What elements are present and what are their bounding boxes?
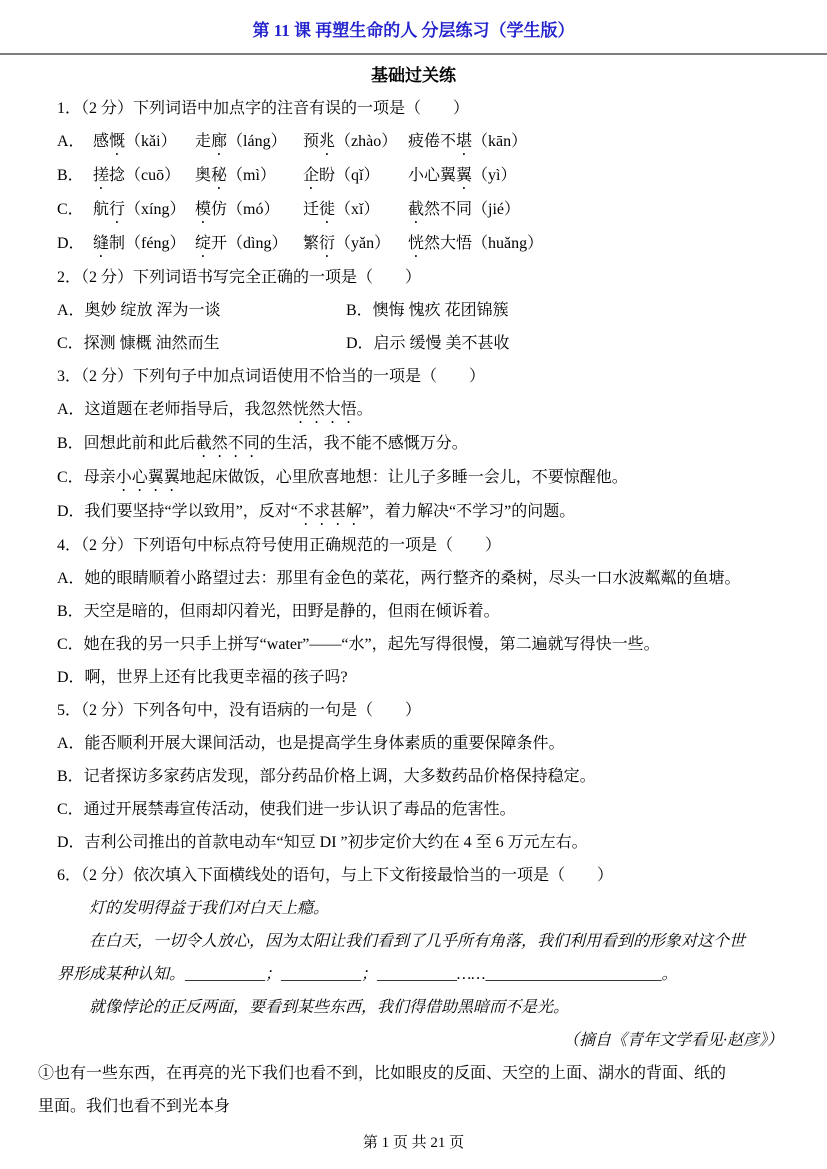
question-5-option-c: C．通过开展禁毒宣传活动，使我们进一步认识了毒品的危害性。	[57, 793, 783, 826]
word-group: 模仿（mó）	[195, 193, 303, 227]
word-group: 企盼（qǐ）	[303, 159, 408, 193]
page-footer: 第 1 页 共 21 页	[0, 1131, 827, 1155]
question-5-option-d: D．吉利公司推出的首款电动车“知豆 DI ”初步定价大约在 4 至 6 万元左右…	[57, 826, 783, 859]
question-2-option-a: A．奥妙 绽放 浑为一谈	[57, 294, 346, 327]
question-2-option-c: C．探测 慷概 油然而生	[57, 327, 346, 360]
question-2-options-row-1: A．奥妙 绽放 浑为一谈 B．懊悔 愧疚 花团锦簇	[57, 294, 783, 327]
word-group: 感慨（kǎi）	[93, 125, 195, 159]
word-group: 小心翼翼（yì）	[408, 159, 516, 193]
word-group: 奥秘（mì）	[195, 159, 303, 193]
horizontal-rule	[0, 53, 827, 55]
question-5-stem: 5．（2 分）下列各句中，没有语病的一句是（ ）	[57, 694, 783, 727]
word-group: 疲倦不堪（kān）	[408, 125, 527, 159]
word-group: 恍然大悟（huǎng）	[408, 227, 543, 261]
question-2: 2．（2 分）下列词语书写完全正确的一项是（ ） A．奥妙 绽放 浑为一谈 B．…	[57, 261, 783, 360]
document-body: 1．（2 分）下列词语中加点字的注音有误的一项是（ ） A．感慨（kǎi）走廊（…	[0, 92, 827, 1057]
word-group: 截然不同（jié）	[408, 193, 520, 227]
page-title: 第 11 课 再塑生命的人 分层练习（学生版）	[0, 18, 827, 44]
document-page: 第 11 课 再塑生命的人 分层练习（学生版） 基础过关练 1．（2 分）下列词…	[0, 0, 827, 1169]
question-6-citation: （摘自《青年文学看见·赵彦》）	[57, 1024, 783, 1057]
question-5-option-a: A．能否顺利开展大课间活动，也是提高学生身体素质的重要保障条件。	[57, 727, 783, 760]
word-group: 迁徙（xǐ）	[303, 193, 408, 227]
footnote-paragraph: ①也有一些东西，在再亮的光下我们也看不到，比如眼皮的反面、天空的上面、湖水的背面…	[38, 1057, 740, 1123]
question-6-passage-line-1: 灯的发明得益于我们对白天上瘾。	[57, 892, 783, 925]
section-heading: 基础过关练	[0, 60, 827, 92]
question-2-stem: 2．（2 分）下列词语书写完全正确的一项是（ ）	[57, 261, 783, 294]
question-1-option-c: C．航行（xíng）模仿（mó）迁徙（xǐ）截然不同（jié）	[57, 193, 783, 227]
question-3: 3．（2 分）下列句子中加点词语使用不恰当的一项是（ ） A．这道题在老师指导后…	[57, 360, 783, 529]
question-1-stem: 1．（2 分）下列词语中加点字的注音有误的一项是（ ）	[57, 92, 783, 125]
question-1: 1．（2 分）下列词语中加点字的注音有误的一项是（ ） A．感慨（kǎi）走廊（…	[57, 92, 783, 261]
question-2-option-b: B．懊悔 愧疚 花团锦簇	[346, 294, 783, 327]
question-6-stem: 6．（2 分）依次填入下面横线处的语句，与上下文衔接最恰当的一项是（ ）	[57, 859, 783, 892]
question-3-option-b: B．回想此前和此后截然不同的生活，我不能不感慨万分。	[57, 427, 783, 461]
question-4-option-a: A．她的眼睛顺着小路望过去：那里有金色的菜花，两行整齐的桑树，尽头一口水波粼粼的…	[57, 562, 783, 595]
word-group: 缝制（féng）	[93, 227, 195, 261]
question-6-passage-line-3: 就像悖论的正反两面，要看到某些东西，我们得借助黑暗而不是光。	[57, 991, 783, 1024]
option-label: B．	[57, 159, 93, 192]
question-6-passage-line-2: 在白天，一切令人放心，因为太阳让我们看到了几乎所有角落，我们利用看到的形象对这个…	[57, 925, 757, 991]
option-label: D．	[57, 227, 93, 260]
question-4-option-b: B．天空是暗的，但雨却闪着光，田野是静的，但雨在倾诉着。	[57, 595, 783, 628]
question-4-option-d: D．啊，世界上还有比我更幸福的孩子吗?	[57, 661, 783, 694]
question-3-option-c: C．母亲小心翼翼地起床做饭，心里欣喜地想：让儿子多睡一会儿，不要惊醒他。	[57, 461, 783, 495]
question-4-stem: 4．（2 分）下列语句中标点符号使用正确规范的一项是（ ）	[57, 529, 783, 562]
word-group: 走廊（láng）	[195, 125, 303, 159]
question-4-option-c: C．她在我的另一只手上拼写“water”——“水”，起先写得很慢，第二遍就写得快…	[57, 628, 783, 661]
question-1-option-b: B．搓捻（cuō）奥秘（mì）企盼（qǐ）小心翼翼（yì）	[57, 159, 783, 193]
question-6: 6．（2 分）依次填入下面横线处的语句，与上下文衔接最恰当的一项是（ ） 灯的发…	[57, 859, 783, 1057]
option-label: A．	[57, 125, 93, 158]
word-group: 搓捻（cuō）	[93, 159, 195, 193]
word-group: 绽开（dìng）	[195, 227, 303, 261]
question-3-option-d: D．我们要坚持“学以致用”，反对“不求甚解”，着力解决“不学习”的问题。	[57, 495, 783, 529]
question-3-option-a: A．这道题在老师指导后，我忽然恍然大悟。	[57, 393, 783, 427]
question-5-option-b: B．记者探访多家药店发现，部分药品价格上调，大多数药品价格保持稳定。	[57, 760, 783, 793]
question-2-options-row-2: C．探测 慷概 油然而生 D．启示 缓慢 美不甚收	[57, 327, 783, 360]
question-4: 4．（2 分）下列语句中标点符号使用正确规范的一项是（ ） A．她的眼睛顺着小路…	[57, 529, 783, 694]
question-3-stem: 3．（2 分）下列句子中加点词语使用不恰当的一项是（ ）	[57, 360, 783, 393]
question-2-option-d: D．启示 缓慢 美不甚收	[346, 327, 783, 360]
question-5: 5．（2 分）下列各句中，没有语病的一句是（ ） A．能否顺利开展大课间活动，也…	[57, 694, 783, 859]
word-group: 航行（xíng）	[93, 193, 195, 227]
option-label: C．	[57, 193, 93, 226]
question-1-option-a: A．感慨（kǎi）走廊（láng）预兆（zhào）疲倦不堪（kān）	[57, 125, 783, 159]
question-1-option-d: D．缝制（féng）绽开（dìng）繁衍（yǎn）恍然大悟（huǎng）	[57, 227, 783, 261]
word-group: 预兆（zhào）	[303, 125, 408, 159]
word-group: 繁衍（yǎn）	[303, 227, 408, 261]
